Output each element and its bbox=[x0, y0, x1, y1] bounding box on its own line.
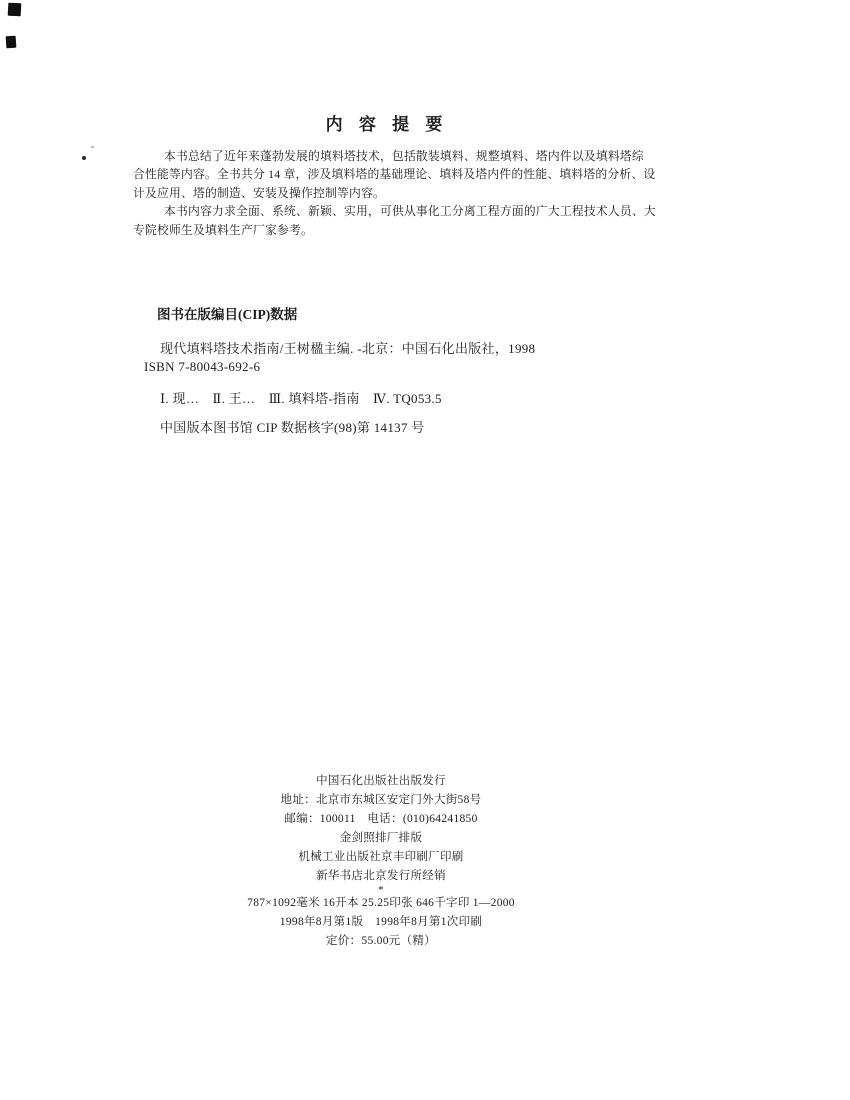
summary-paragraph-line: 本书内容力求全面、系统、新颖、实用，可供从事化工分离工程方面的广大工程技术人员、… bbox=[133, 202, 625, 220]
colophon-section: 中国石化出版社出版发行 地址：北京市东城区安定门外大街58号 邮编：100011… bbox=[0, 772, 762, 951]
address-line: 地址：北京市东城区安定门外大街58号 bbox=[0, 791, 762, 810]
content-summary-section: 本书总结了近年来蓬勃发展的填料塔技术，包括散装填料、规整填料、塔内件以及填料塔综… bbox=[133, 147, 625, 239]
scan-artifact-mark bbox=[8, 3, 22, 17]
summary-paragraph-line: 计及应用、塔的制造、安装及操作控制等内容。 bbox=[133, 184, 625, 202]
edition-line: 1998年8月第1版 1998年8月第1次印刷 bbox=[0, 913, 762, 932]
scan-artifact-speck bbox=[91, 146, 94, 148]
copyright-page: 内 容 提 要 本书总结了近年来蓬勃发展的填料塔技术，包括散装填料、规整填料、塔… bbox=[0, 0, 850, 1100]
summary-paragraph-line: 本书总结了近年来蓬勃发展的填料塔技术，包括散装填料、规整填料、塔内件以及填料塔综 bbox=[133, 147, 625, 165]
cip-classification: Ⅰ. 现… Ⅱ. 王… Ⅲ. 填料塔-指南 Ⅳ. TQ053.5 bbox=[160, 388, 442, 407]
cip-title-statement: 现代填料塔技术指南/王树楹主编. -北京：中国石化出版社，1998 bbox=[160, 338, 535, 357]
summary-paragraph-line: 专院校师生及填料生产厂家参考。 bbox=[133, 221, 625, 239]
divider-asterisk: * bbox=[0, 886, 762, 894]
publisher-line: 中国石化出版社出版发行 bbox=[0, 772, 762, 791]
cip-heading: 图书在版编目(CIP)数据 bbox=[157, 303, 297, 323]
typesetter-line: 金剑照排厂排版 bbox=[0, 829, 762, 848]
scan-artifact-mark bbox=[6, 36, 17, 49]
isbn-number: ISBN 7-80043-692-6 bbox=[144, 359, 260, 375]
price-line: 定价：55.00元（精） bbox=[0, 932, 762, 951]
content-summary-title: 内 容 提 要 bbox=[0, 110, 772, 135]
scan-artifact-dot bbox=[82, 156, 86, 160]
postcode-phone-line: 邮编：100011 电话：(010)64241850 bbox=[0, 810, 762, 829]
printer-line: 机械工业出版社京丰印刷厂印刷 bbox=[0, 848, 762, 867]
format-line: 787×1092毫米 16开本 25.25印张 646千字印 1—2000 bbox=[0, 894, 762, 913]
summary-paragraph-line: 合性能等内容。全书共分 14 章，涉及填料塔的基础理论、填料及塔内件的性能、填料… bbox=[133, 165, 625, 183]
cip-record-number: 中国版本图书馆 CIP 数据核字(98)第 14137 号 bbox=[160, 417, 425, 436]
